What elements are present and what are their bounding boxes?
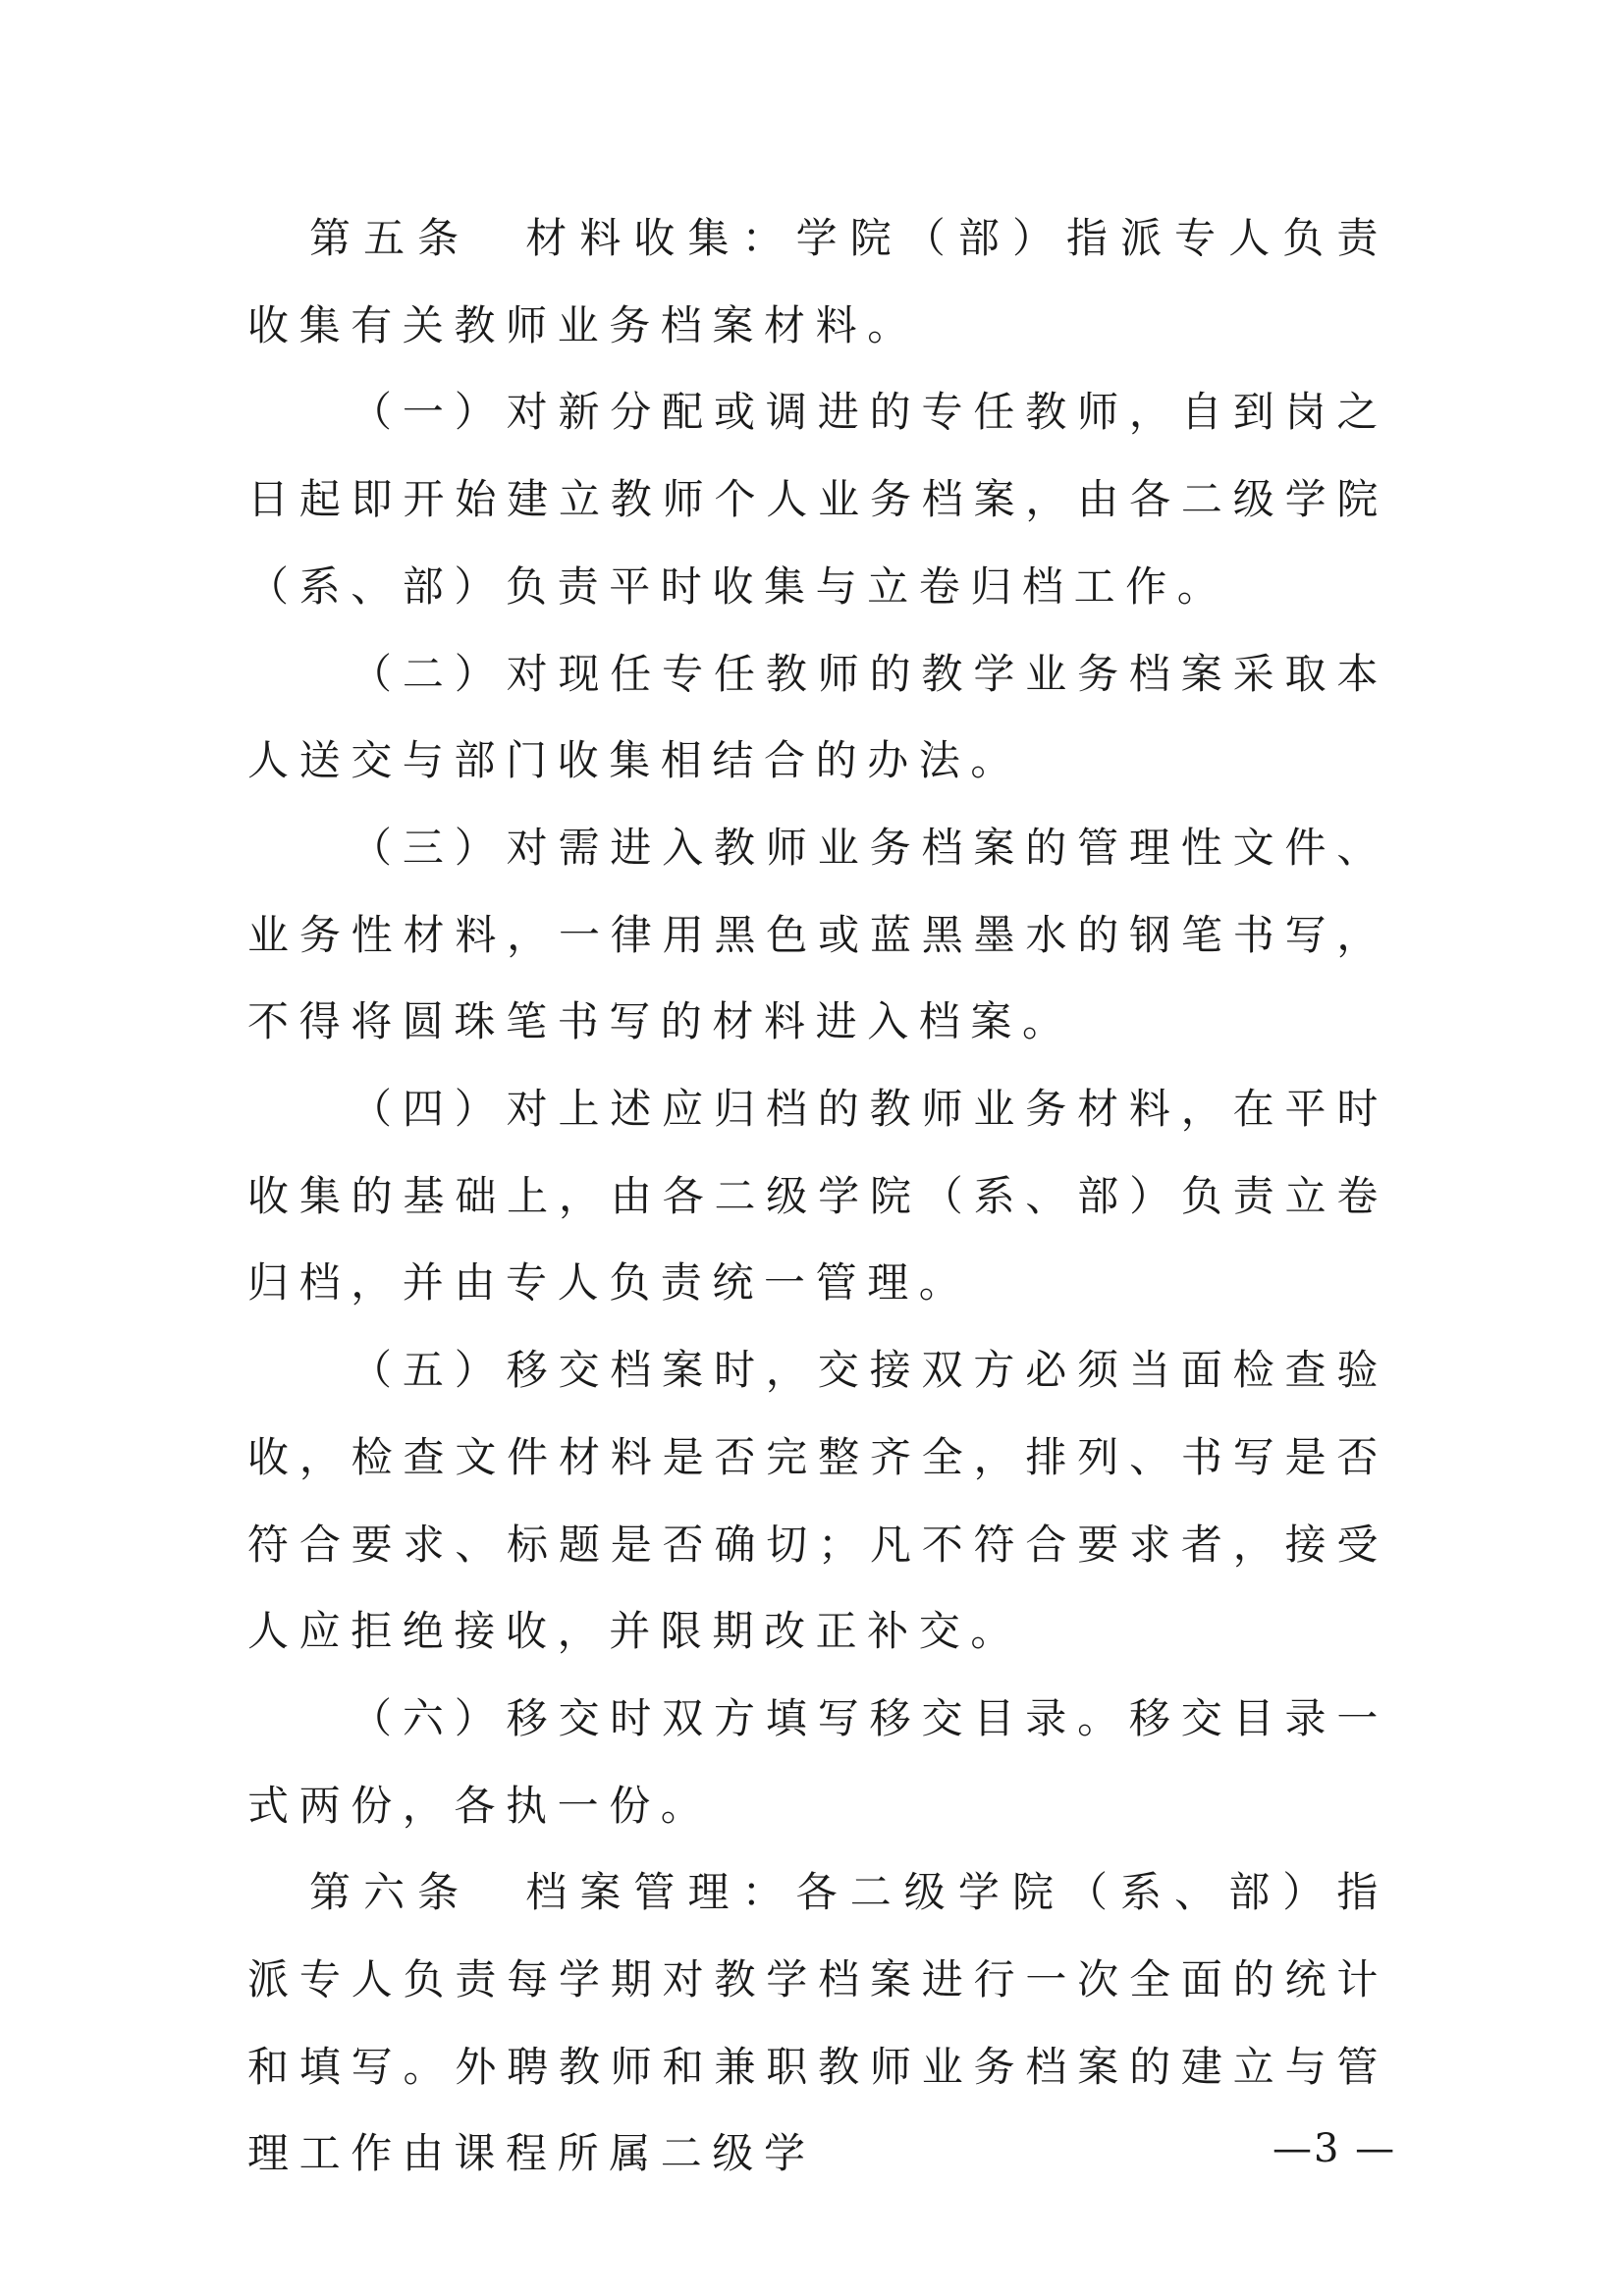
article-5-paragraph: 第五条 材料收集：学院（部）指派专人负责收集有关教师业务档案材料。 — [247, 195, 1388, 369]
item-5-paragraph: （五）移交档案时，交接双方必须当面检查验收，检查文件材料是否完整齐全，排列、书写… — [247, 1327, 1388, 1676]
article-6-paragraph: 第六条 档案管理：各二级学院（系、部）指派专人负责每学期对教学档案进行一次全面的… — [247, 1849, 1388, 2198]
document-page: 第五条 材料收集：学院（部）指派专人负责收集有关教师业务档案材料。 （一）对新分… — [0, 0, 1624, 2296]
item-6-paragraph: （六）移交时双方填写移交目录。移交目录一式两份，各执一份。 — [247, 1676, 1388, 1849]
page-number: —3 — — [1272, 2126, 1396, 2171]
item-1-paragraph: （一）对新分配或调进的专任教师，自到岗之日起即开始建立教师个人业务档案，由各二级… — [247, 369, 1388, 630]
item-4-paragraph: （四）对上述应归档的教师业务材料，在平时收集的基础上，由各二级学院（系、部）负责… — [247, 1066, 1388, 1327]
document-body: 第五条 材料收集：学院（部）指派专人负责收集有关教师业务档案材料。 （一）对新分… — [247, 195, 1388, 2198]
item-2-paragraph: （二）对现任专任教师的教学业务档案采取本人送交与部门收集相结合的办法。 — [247, 631, 1388, 805]
item-3-paragraph: （三）对需进入教师业务档案的管理性文件、业务性材料，一律用黑色或蓝黑墨水的钢笔书… — [247, 805, 1388, 1066]
